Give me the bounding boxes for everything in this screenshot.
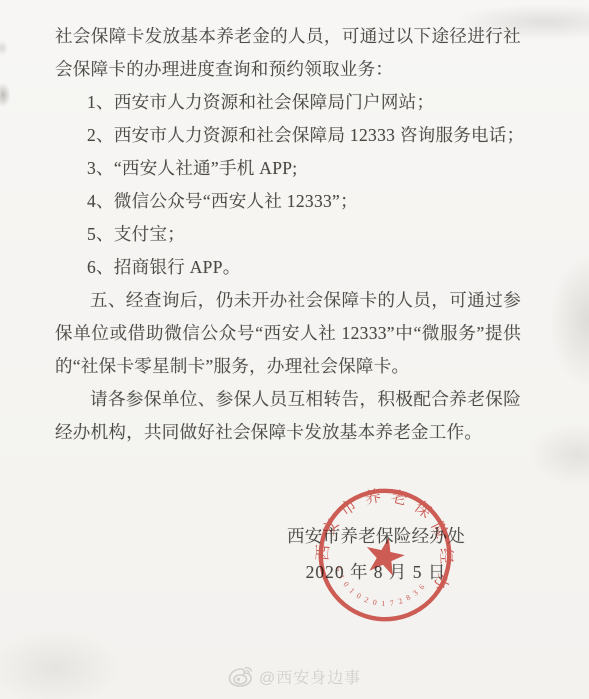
list-item: 5、支付宝； — [55, 218, 521, 251]
signature-org: 西安市养老保险经办处 — [280, 521, 472, 552]
list-item: 4、微信公众号“西安人社 12333”； — [55, 185, 521, 218]
list-item: 6、招商银行 APP。 — [55, 251, 521, 284]
watermark: @西安身边事 — [228, 661, 361, 691]
list-item: 3、“西安人社通”手机 APP; — [55, 152, 521, 185]
document-body: 社会保障卡发放基本养老金的人员，可通过以下途径进行社会保障卡的办理进度查询和预约… — [55, 20, 521, 449]
watermark-text: @西安身边事 — [259, 665, 361, 688]
weibo-eye-icon — [228, 664, 254, 688]
paragraph-five: 五、经查询后，仍未开办社会保障卡的人员，可通过参保单位或借助微信公众号“西安人社… — [55, 284, 521, 383]
signature-date: 2020 年 8 月 5 日 — [280, 557, 472, 588]
scanned-document-page: 社会保障卡发放基本养老金的人员，可通过以下途径进行社会保障卡的办理进度查询和预约… — [0, 0, 589, 699]
signature-block: 西安市养老保险经办处 2020 年 8 月 5 日 — [280, 521, 472, 588]
list-item: 1、西安市人力资源和社会保障局门户网站； — [55, 86, 521, 119]
list-item: 2、西安市人力资源和社会保障局 12333 咨询服务电话； — [55, 119, 521, 152]
closing-paragraph: 请各参保单位、参保人员互相转告，积极配合养老保险经办机构，共同做好社会保障卡发放… — [55, 383, 521, 449]
intro-paragraph: 社会保障卡发放基本养老金的人员，可通过以下途径进行社会保障卡的办理进度查询和预约… — [55, 20, 521, 86]
